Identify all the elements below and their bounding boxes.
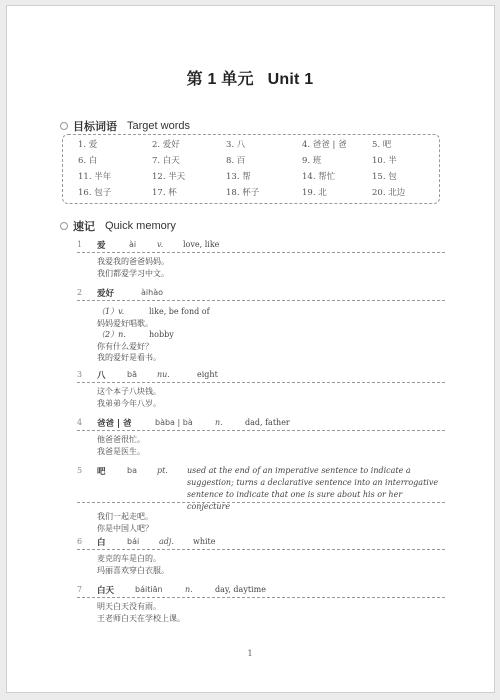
- word-item: 16. 包子: [78, 186, 152, 202]
- entry-definition: love, like: [183, 240, 219, 249]
- page-number: 1: [0, 649, 500, 658]
- example-sentence: 你有什么爱好？: [97, 341, 445, 353]
- entry-pinyin: bàba | bà: [155, 418, 193, 427]
- example-sentence: 我爱我的爸爸妈妈。: [97, 256, 445, 268]
- vocab-entry-7: 7 白天 báitiān n. day, daytime 明天白天没有雨。 王老…: [77, 583, 445, 624]
- entry-hanzi: 爸爸 | 爸: [97, 417, 132, 429]
- example-sentence: 玛丽喜欢穿白衣服。: [97, 565, 445, 577]
- entry-definition: eight: [197, 370, 218, 379]
- word-item: 10. 半: [372, 154, 432, 170]
- entry-definition: used at the end of an imperative sentenc…: [187, 465, 445, 513]
- word-item: 4. 爸爸 | 爸: [302, 138, 372, 154]
- sense-definition: like, be fond of: [149, 307, 210, 316]
- word-item: 3. 八: [226, 138, 302, 154]
- heading-zh: 速记: [73, 218, 95, 234]
- heading-en: Target words: [127, 120, 190, 132]
- entry-number: 3: [77, 370, 82, 379]
- example-sentence: 我的爱好是看书。: [97, 352, 445, 364]
- entry-hanzi: 爱: [97, 239, 106, 251]
- example-sentence: 王老师白天在学校上课。: [97, 613, 445, 625]
- target-words-heading: 目标词语 Target words: [60, 118, 190, 134]
- circle-bullet-icon: [60, 222, 68, 230]
- entry-hanzi: 吧: [97, 465, 106, 477]
- example-sentence: 我弟弟今年八岁。: [97, 398, 445, 410]
- word-item: 15. 包: [372, 170, 432, 186]
- vocab-entry-6: 6 白 bái adj. white 麦克的车是白的。 玛丽喜欢穿白衣服。: [77, 535, 445, 576]
- vocab-entry-3: 3 八 bā nu. eight 这个本子八块钱。 我弟弟今年八岁。: [77, 368, 445, 409]
- entry-pinyin: ba: [127, 466, 137, 475]
- entry-pos: n.: [185, 585, 193, 594]
- word-item: 13. 帮: [226, 170, 302, 186]
- word-item: 2. 爱好: [152, 138, 226, 154]
- word-item: 14. 帮忙: [302, 170, 372, 186]
- word-item: 17. 杯: [152, 186, 226, 202]
- heading-zh: 目标词语: [73, 118, 117, 134]
- entry-pos: nu.: [157, 370, 170, 379]
- quick-memory-heading: 速记 Quick memory: [60, 218, 176, 234]
- entry-number: 6: [77, 537, 82, 546]
- example-sentence: 我们都爱学习中文。: [97, 268, 445, 280]
- word-item: 1. 爱: [78, 138, 152, 154]
- word-item: 7. 白天: [152, 154, 226, 170]
- entry-hanzi: 爱好: [97, 287, 114, 299]
- word-item: 9. 班: [302, 154, 372, 170]
- vocab-entry-4: 4 爸爸 | 爸 bàba | bà n. dad, father 他爸爸很忙。…: [77, 416, 445, 457]
- word-item: 12. 半天: [152, 170, 226, 186]
- entry-pos: pt.: [157, 466, 168, 475]
- entry-pos: adj.: [159, 537, 174, 546]
- entry-number: 4: [77, 418, 82, 427]
- heading-en: Quick memory: [105, 220, 176, 232]
- entry-pinyin: báitiān: [135, 585, 163, 594]
- entry-number: 7: [77, 585, 82, 594]
- entry-number: 1: [77, 240, 82, 249]
- entry-definition: dad, father: [245, 418, 290, 427]
- vocab-entry-2: 2 爱好 àihào （1）v.like, be fond of 妈妈爱好唱歌。…: [77, 286, 445, 364]
- entry-pos: n.: [215, 418, 223, 427]
- circle-bullet-icon: [60, 122, 68, 130]
- sense-definition: hobby: [149, 330, 174, 339]
- word-item: 18. 杯子: [226, 186, 302, 202]
- word-item: 6. 白: [78, 154, 152, 170]
- example-sentence: 明天白天没有雨。: [97, 601, 445, 613]
- sense-label: （2）n.: [97, 329, 149, 341]
- entry-number: 5: [77, 466, 82, 475]
- example-sentence: 我爸是医生。: [97, 446, 445, 458]
- entry-hanzi: 白天: [97, 584, 114, 596]
- vocab-entry-5: 5 吧 ba pt. used at the end of an imperat…: [77, 464, 445, 534]
- title-en: Unit 1: [268, 71, 314, 88]
- entry-pinyin: bái: [127, 537, 139, 546]
- example-sentence: 他爸爸很忙。: [97, 434, 445, 446]
- target-words-grid: 1. 爱 2. 爱好 3. 八 4. 爸爸 | 爸 5. 吧 6. 白 7. 白…: [78, 138, 438, 202]
- example-sentence: 你是中国人吧？: [97, 523, 445, 535]
- entry-pinyin: ài: [129, 240, 136, 249]
- sense-label: （1）v.: [97, 306, 149, 318]
- word-item: 20. 北边: [372, 186, 432, 202]
- vocab-entry-1: 1 爱 ài v. love, like 我爱我的爸爸妈妈。 我们都爱学习中文。: [77, 238, 445, 279]
- example-sentence: 妈妈爱好唱歌。: [97, 318, 445, 330]
- entry-pinyin: àihào: [141, 288, 163, 297]
- word-item: 5. 吧: [372, 138, 432, 154]
- example-sentence: 这个本子八块钱。: [97, 386, 445, 398]
- word-item: 11. 半年: [78, 170, 152, 186]
- entry-pinyin: bā: [127, 370, 137, 379]
- entry-hanzi: 八: [97, 369, 106, 381]
- word-item: 8. 百: [226, 154, 302, 170]
- entry-hanzi: 白: [97, 536, 106, 548]
- entry-number: 2: [77, 288, 82, 297]
- entry-definition: day, daytime: [215, 585, 266, 594]
- word-item: 19. 北: [302, 186, 372, 202]
- entry-definition: white: [193, 537, 216, 546]
- title-zh: 第 1 单元: [187, 71, 254, 88]
- example-sentence: 麦克的车是白的。: [97, 553, 445, 565]
- page-title: 第 1 单元Unit 1: [0, 66, 500, 89]
- entry-pos: v.: [157, 240, 163, 249]
